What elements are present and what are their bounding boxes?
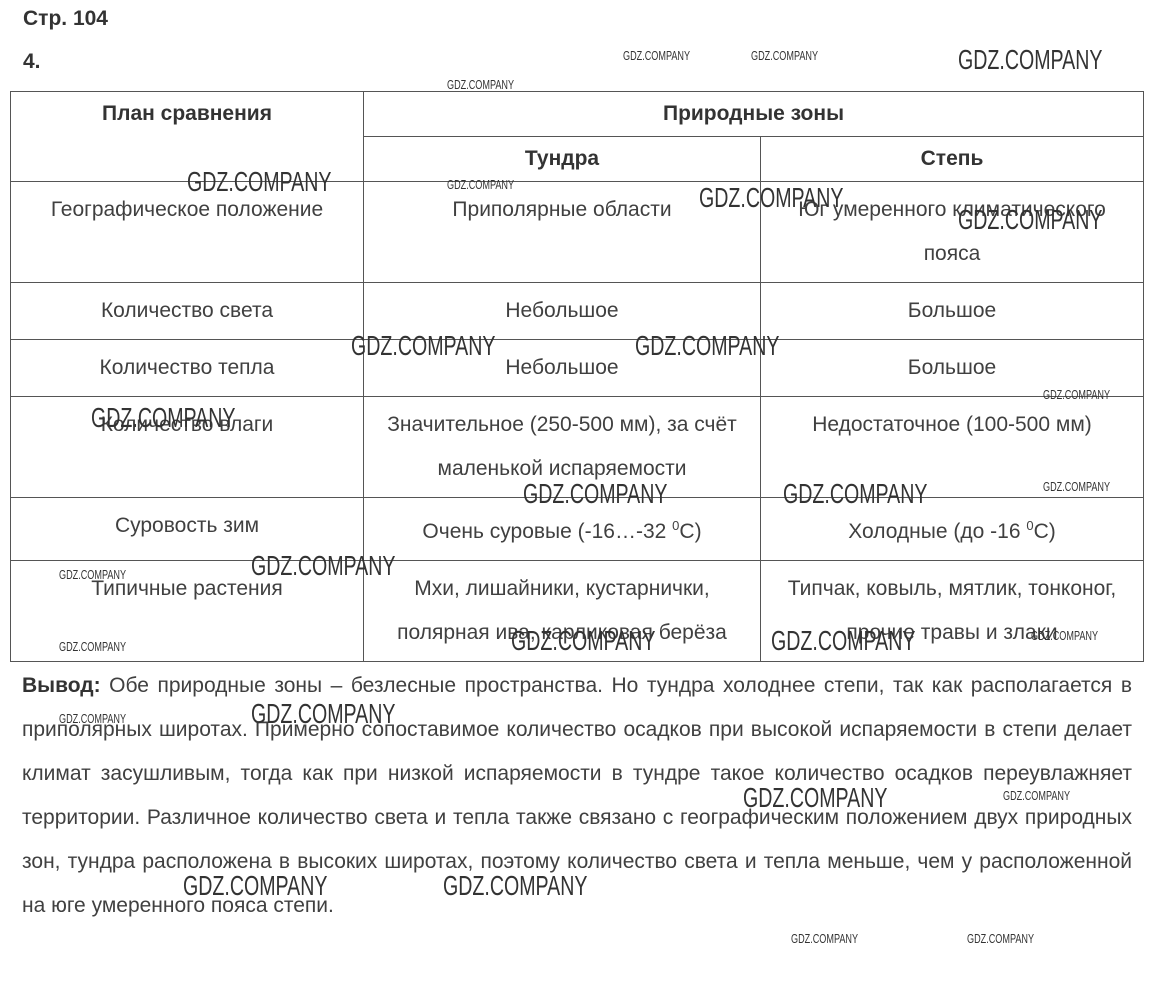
table-row: Количество света Небольшое Большое bbox=[11, 283, 1144, 340]
table-row: Количество влаги Значительное (250-500 м… bbox=[11, 397, 1144, 498]
table-row: Географическое положение Приполярные обл… bbox=[11, 182, 1144, 283]
watermark: GDZ.COMPANY bbox=[958, 44, 1102, 76]
cell-steppe: Большое bbox=[761, 340, 1144, 397]
cell-steppe: Недостаточное (100-500 мм) bbox=[761, 397, 1144, 498]
cell-steppe: Типчак, ковыль, мятлик, тонконог, прочие… bbox=[761, 561, 1144, 662]
watermark: GDZ.COMPANY bbox=[791, 931, 858, 946]
cell-tundra: Мхи, лишайники, кустарнички, полярная ив… bbox=[364, 561, 761, 662]
comparison-table: План сравнения Природные зоны Тундра Сте… bbox=[10, 91, 1144, 662]
cell-criterion: Количество света bbox=[11, 283, 364, 340]
cell-criterion: Типичные растения bbox=[11, 561, 364, 662]
degree-sup: 0 bbox=[1026, 518, 1033, 533]
text: С) bbox=[679, 520, 701, 543]
text: Очень суровые (-16…-32 bbox=[422, 520, 672, 543]
cell-tundra: Небольшое bbox=[364, 340, 761, 397]
conclusion-label: Вывод: bbox=[22, 674, 101, 697]
conclusion-paragraph: Вывод: Обе природные зоны – безлесные пр… bbox=[22, 664, 1132, 928]
watermark: GDZ.COMPANY bbox=[447, 77, 514, 92]
table-row: Количество тепла Небольшое Большое bbox=[11, 340, 1144, 397]
cell-criterion: Географическое положение bbox=[11, 182, 364, 283]
cell-criterion: Количество влаги bbox=[11, 397, 364, 498]
text: С) bbox=[1034, 520, 1056, 543]
table-row: Типичные растения Мхи, лишайники, кустар… bbox=[11, 561, 1144, 662]
cell-steppe: Большое bbox=[761, 283, 1144, 340]
header-steppe: Степь bbox=[761, 137, 1144, 182]
task-number: 4. bbox=[23, 50, 41, 74]
cell-steppe: Юг умеренного климатического пояса bbox=[761, 182, 1144, 283]
text: Холодные (до -16 bbox=[848, 520, 1026, 543]
conclusion-text: Обе природные зоны – безлесные пространс… bbox=[22, 674, 1132, 917]
table-row: Суровость зим Очень суровые (-16…-32 0С)… bbox=[11, 498, 1144, 561]
cell-criterion: Количество тепла bbox=[11, 340, 364, 397]
header-tundra: Тундра bbox=[364, 137, 761, 182]
cell-tundra: Небольшое bbox=[364, 283, 761, 340]
cell-steppe: Холодные (до -16 0С) bbox=[761, 498, 1144, 561]
watermark: GDZ.COMPANY bbox=[623, 48, 690, 63]
cell-criterion: Суровость зим bbox=[11, 498, 364, 561]
cell-tundra: Очень суровые (-16…-32 0С) bbox=[364, 498, 761, 561]
watermark: GDZ.COMPANY bbox=[967, 931, 1034, 946]
cell-tundra: Приполярные области bbox=[364, 182, 761, 283]
header-plan: План сравнения bbox=[11, 92, 364, 182]
header-zones: Природные зоны bbox=[364, 92, 1144, 137]
watermark: GDZ.COMPANY bbox=[751, 48, 818, 63]
page-label: Стр. 104 bbox=[23, 7, 108, 31]
cell-tundra: Значительное (250-500 мм), за счёт мален… bbox=[364, 397, 761, 498]
